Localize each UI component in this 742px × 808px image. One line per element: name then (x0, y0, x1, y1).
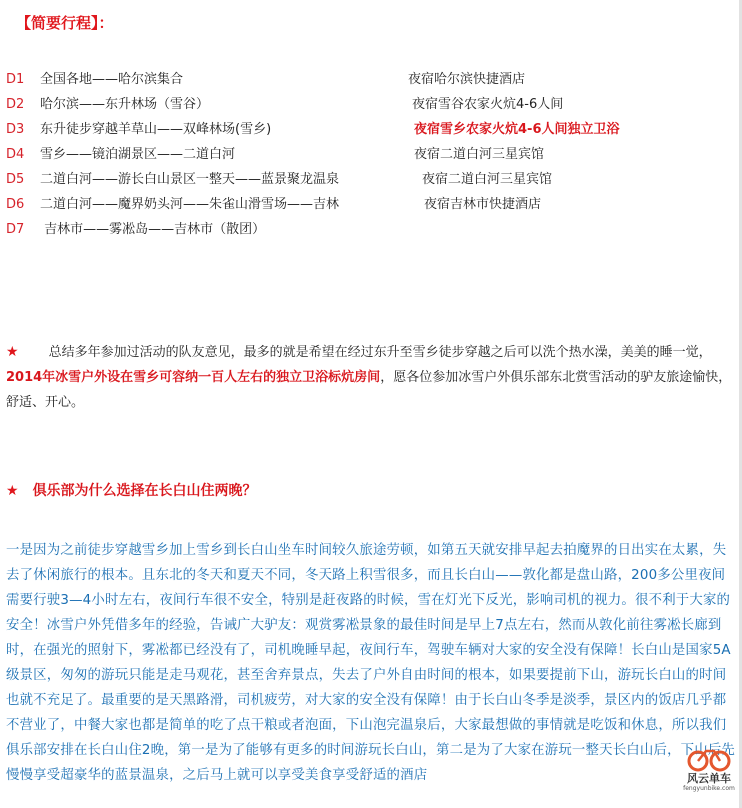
itinerary-day: D1 (6, 70, 24, 90)
star-icon: ★ (6, 483, 19, 499)
summary-highlight: 2014年冰雪户外设在雪乡可容纳一百人左右的独立卫浴标炕房间 (6, 370, 380, 385)
itinerary-row: D3 东升徒步穿越羊草山——双峰林场(雪乡) 夜宿雪乡农家火炕4-6人间独立卫浴 (0, 120, 735, 140)
itinerary-hotel: 夜宿雪谷农家火炕4-6人间 (412, 95, 563, 115)
itinerary-route: 全国各地——哈尔滨集合 (40, 70, 183, 90)
watermark-logo: 风云单车 fengyunbike.com (678, 748, 740, 806)
answer-paragraph: 一是因为之前徒步穿越雪乡加上雪乡到长白山坐车时间较久旅途劳顿，如第五天就安排早起… (6, 538, 736, 788)
itinerary-route: 二道白河——魔界奶头河——朱雀山滑雪场——吉林 (40, 195, 339, 215)
itinerary-route: 哈尔滨——东升林场（雪谷） (40, 95, 209, 115)
itinerary-day: D6 (6, 195, 24, 215)
itinerary-day: D3 (6, 120, 24, 140)
summary-text-before: 总结多年参加过活动的队友意见，最多的就是希望在经过东升至雪乡徒步穿越之后可以洗个… (49, 345, 712, 360)
itinerary-day: D4 (6, 145, 24, 165)
question-title: 俱乐部为什么选择在长白山住两晚？ (33, 483, 257, 499)
question-heading: ★俱乐部为什么选择在长白山住两晚？ (6, 480, 257, 500)
itinerary-hotel: 夜宿二道白河三星宾馆 (422, 170, 552, 190)
watermark-domain: fengyunbike.com (678, 785, 740, 793)
itinerary-row: D7 吉林市——雾凇岛——吉林市（散团） (0, 220, 735, 240)
itinerary-route: 吉林市——雾凇岛——吉林市（散团） (40, 220, 265, 240)
itinerary-hotel-highlight: 夜宿雪乡农家火炕4-6人间独立卫浴 (414, 120, 620, 140)
itinerary-day: D7 (6, 220, 24, 240)
star-icon: ★ (6, 344, 19, 360)
itinerary-route: 雪乡——镜泊湖景区——二道白河 (40, 145, 235, 165)
itinerary-row: D6 二道白河——魔界奶头河——朱雀山滑雪场——吉林 夜宿吉林市快捷酒店 (0, 195, 735, 215)
itinerary-row: D4 雪乡——镜泊湖景区——二道白河 夜宿二道白河三星宾馆 (0, 145, 735, 165)
itinerary-route: 东升徒步穿越羊草山——双峰林场(雪乡) (40, 120, 271, 140)
bicycle-logo-icon (686, 748, 732, 772)
watermark-name: 风云单车 (678, 772, 740, 785)
itinerary-route: 二道白河——游长白山景区一整天——蓝景聚龙温泉 (40, 170, 339, 190)
itinerary-row: D5 二道白河——游长白山景区一整天——蓝景聚龙温泉 夜宿二道白河三星宾馆 (0, 170, 735, 190)
itinerary-hotel: 夜宿哈尔滨快捷酒店 (408, 70, 525, 90)
itinerary-hotel: 夜宿二道白河三星宾馆 (414, 145, 544, 165)
section-title-itinerary: 【简要行程】： (16, 12, 114, 33)
itinerary-day: D2 (6, 95, 24, 115)
itinerary-row: D2 哈尔滨——东升林场（雪谷） 夜宿雪谷农家火炕4-6人间 (0, 95, 735, 115)
itinerary-hotel: 夜宿吉林市快捷酒店 (424, 195, 541, 215)
summary-paragraph: ★总结多年参加过活动的队友意见，最多的就是希望在经过东升至雪乡徒步穿越之后可以洗… (6, 340, 736, 415)
itinerary-day: D5 (6, 170, 24, 190)
itinerary-row: D1 全国各地——哈尔滨集合 夜宿哈尔滨快捷酒店 (0, 70, 735, 90)
